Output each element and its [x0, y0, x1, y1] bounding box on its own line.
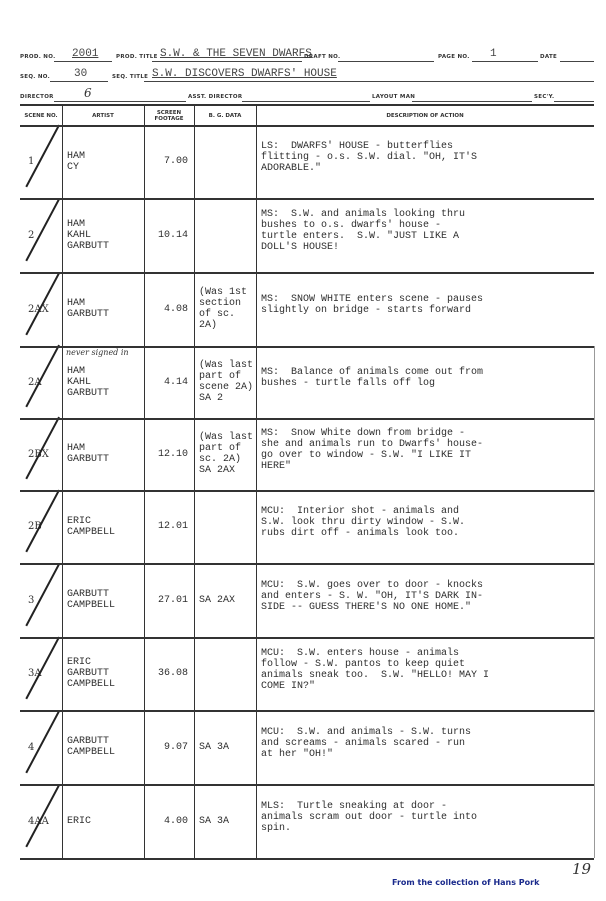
- seq-no-label: Seq. No.: [20, 74, 50, 80]
- column-divider: [144, 104, 145, 858]
- cell-scene: 1: [28, 156, 34, 167]
- cell-footage: 4.00: [144, 816, 188, 827]
- row-divider: [20, 346, 594, 348]
- cell-description: MLS: Turtle sneaking at door - animals s…: [261, 801, 477, 834]
- cell-description: MCU: S.W. enters house - animals follow …: [261, 648, 489, 692]
- seq-title-field: S.W. DISCOVERS DWARFS' HOUSE: [144, 67, 594, 82]
- table-right-edge: [594, 346, 595, 858]
- director-label: Director: [20, 94, 54, 100]
- col-header-description: Description of Action: [256, 107, 594, 125]
- row-divider: [20, 784, 594, 786]
- cell-artist: HAM KAHL GARBUTT: [67, 219, 109, 252]
- header-row-sequence: Seq. No. 30 Seq. Title S.W. DISCOVERS DW…: [20, 66, 594, 82]
- cell-bg-data: SA 3A: [199, 816, 229, 827]
- cell-description: MS: S.W. and animals looking thru bushes…: [261, 209, 465, 253]
- collection-credit: From the collection of Hans Pork: [392, 878, 539, 887]
- cell-artist: ERIC CAMPBELL: [67, 516, 115, 538]
- cell-artist: GARBUTT CAMPBELL: [67, 736, 115, 758]
- row-divider: [20, 198, 594, 200]
- layout-man-field: [412, 87, 532, 102]
- cell-artist: HAM GARBUTT: [67, 298, 109, 320]
- cell-bg-data: (Was 1st section of sc. 2A): [199, 287, 247, 331]
- row-divider: [20, 418, 594, 420]
- prod-no-field: 2001: [54, 47, 112, 62]
- cell-description: MS: SNOW WHITE enters scene - pauses sli…: [261, 294, 483, 316]
- asst-director-label: Asst. Director: [188, 94, 242, 100]
- row-divider: [20, 563, 594, 565]
- cell-description: LS: DWARFS' HOUSE - butterflies flitting…: [261, 141, 477, 174]
- cell-bg-data: SA 2AX: [199, 595, 235, 606]
- cell-footage: 36.08: [144, 668, 188, 679]
- row-divider: [20, 125, 594, 127]
- director-field: 6: [54, 87, 186, 102]
- col-header-footage: Screen Footage: [144, 107, 194, 125]
- row-divider: [20, 637, 594, 639]
- cell-description: MS: Balance of animals come out from bus…: [261, 367, 483, 389]
- row-divider: [20, 490, 594, 492]
- cell-artist: GARBUTT CAMPBELL: [67, 589, 115, 611]
- page-number: 19: [572, 860, 591, 878]
- cell-footage: 4.14: [144, 377, 188, 388]
- asst-director-field: [242, 87, 370, 102]
- cell-footage: 4.08: [144, 304, 188, 315]
- cell-bg-data: (Was last part of sc. 2A) SA 2AX: [199, 432, 253, 476]
- cell-footage: 7.00: [144, 156, 188, 167]
- row-divider: [20, 710, 594, 712]
- seq-title-label: Seq. Title: [112, 74, 148, 80]
- cell-scene: 2: [28, 230, 34, 241]
- cell-footage: 27.01: [144, 595, 188, 606]
- cell-description: MCU: S.W. goes over to door - knocks and…: [261, 580, 483, 613]
- cell-artist: HAM CY: [67, 151, 85, 173]
- col-header-artist: Artist: [62, 107, 144, 125]
- cell-artist: ERIC: [67, 816, 91, 827]
- cell-description: MS: Snow White down from bridge - she an…: [261, 428, 483, 472]
- cell-bg-data: SA 3A: [199, 742, 229, 753]
- seq-no-field: 30: [50, 67, 108, 82]
- cell-description: MCU: Interior shot - animals and S.W. lo…: [261, 506, 465, 539]
- handwritten-annotation: never signed in: [66, 348, 129, 357]
- col-header-scene: Scene No.: [20, 107, 62, 125]
- cell-scene: 3: [28, 595, 34, 606]
- layout-man-label: Layout Man: [372, 94, 415, 100]
- prod-no-label: Prod. No.: [20, 54, 55, 60]
- col-header-bg-data: B. G. Data: [194, 107, 256, 125]
- row-divider: [20, 272, 594, 274]
- cell-bg-data: (Was last part of scene 2A) SA 2: [199, 360, 253, 404]
- draft-no-field: [338, 47, 434, 62]
- page-no-label: Page No.: [438, 54, 470, 60]
- secy-label: Sec'y.: [534, 94, 554, 100]
- column-divider: [194, 104, 195, 858]
- cell-artist: HAM KAHL GARBUTT: [67, 366, 109, 399]
- cell-artist: HAM GARBUTT: [67, 443, 109, 465]
- column-divider: [256, 104, 257, 858]
- page-no-field: 1: [472, 47, 538, 62]
- draft-no-label: Draft No.: [304, 54, 340, 60]
- secy-field: [554, 87, 594, 102]
- header-row-production: Prod. No. 2001 Prod. Title S.W. & THE SE…: [20, 46, 594, 62]
- cell-footage: 9.07: [144, 742, 188, 753]
- cell-scene: 4: [28, 742, 34, 753]
- table-top-rule: [20, 104, 594, 106]
- row-divider: [20, 858, 594, 860]
- column-divider: [62, 104, 63, 858]
- header-row-crew: Director 6 Asst. Director Layout Man Sec…: [20, 86, 594, 102]
- date-field: [560, 47, 594, 62]
- cell-footage: 12.10: [144, 449, 188, 460]
- cell-footage: 12.01: [144, 521, 188, 532]
- cell-footage: 10.14: [144, 230, 188, 241]
- cell-artist: ERIC GARBUTT CAMPBELL: [67, 657, 115, 690]
- cell-description: MCU: S.W. and animals - S.W. turns and s…: [261, 727, 471, 760]
- prod-title-field: S.W. & THE SEVEN DWARFS: [152, 47, 302, 62]
- date-label: Date: [540, 54, 557, 60]
